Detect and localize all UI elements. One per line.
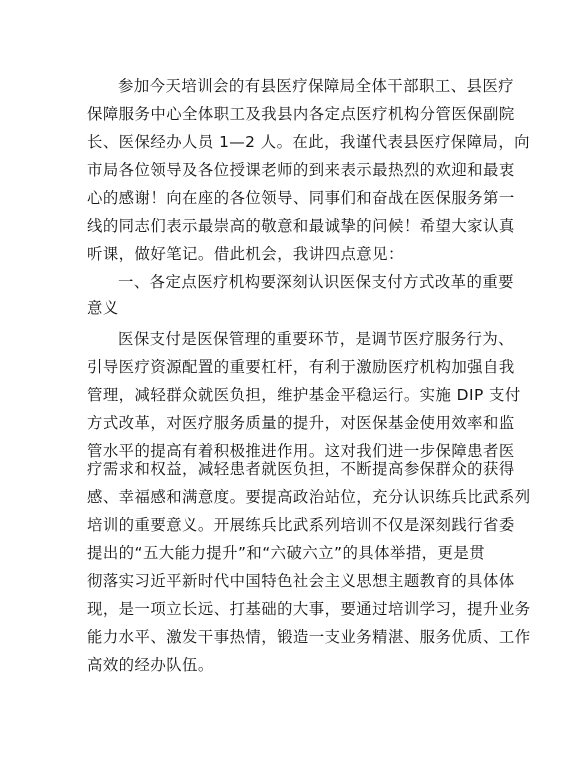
paragraph-2-line-7: 感、幸福感和满意度。要提高政治站位，充分认识练兵比武系列 [87, 483, 531, 511]
paragraph-1-line-7: 听课，做好笔记。借此机会，我讲四点意见： [87, 240, 404, 268]
paragraph-2-line-4: 方式改革，对医疗服务质量的提升，对医保基金使用效率和监 [87, 409, 515, 437]
paragraph-2-line-2: 引导医疗资源配置的重要杠杆，有利于激励医疗机构加强自我 [87, 353, 515, 381]
paragraph-2-line-10: 彻落实习近平新时代中国特色社会主义思想主题教育的具体体 [87, 567, 515, 595]
paragraph-2-line-6: 疗需求和权益，减轻患者就医负担，不断提高参保群众的获得 [87, 455, 515, 483]
paragraph-1-line-4: 市局各位领导及各位授课老师的到来表示最热烈的欢迎和最衷 [87, 156, 515, 184]
paragraph-2-line-3: 管理，减轻群众就医负担，维护基金平稳运行。实施 DIP 支付 [87, 381, 521, 409]
paragraph-1-line-2: 保障服务中心全体职工及我县内各定点医疗机构分管医保副院 [87, 100, 515, 128]
paragraph-1-line-6: 线的同志们表示最崇高的敬意和最诚挚的问候！希望大家认真 [87, 212, 515, 240]
paragraph-2-line-9: 提出的“五大能力提升”和“六破六立”的具体举措，更是贯 [87, 539, 485, 567]
paragraph-2-line-11: 现，是一项立长远、打基础的大事，要通过培训学习，提升业务 [87, 595, 531, 623]
paragraph-2-line-13: 高效的经办队伍。 [87, 651, 214, 679]
paragraph-1-line-3: 长、医保经办人员 1—2 人。在此，我谨代表县医疗保障局，向 [87, 128, 530, 156]
paragraph-2-line-1: 医保支付是医保管理的重要环节，是调节医疗服务行为、 [118, 325, 514, 353]
paragraph-2-line-8: 培训的重要意义。开展练兵比武系列培训不仅是深刻践行省委 [87, 511, 515, 539]
paragraph-1-line-1: 参加今天培训会的有县医疗保障局全体干部职工、县医疗 [118, 72, 514, 100]
section-heading-line-2: 意义 [87, 294, 119, 322]
paragraph-1-line-5: 心的感谢！向在座的各位领导、同事们和奋战在医保服务第一 [87, 184, 515, 212]
document-page: 参加今天培训会的有县医疗保障局全体干部职工、县医疗 保障服务中心全体职工及我县内… [0, 0, 586, 759]
paragraph-2-line-12: 能力水平、激发干事热情，锻造一支业务精湛、服务优质、工作 [87, 623, 531, 651]
section-heading-line-1: 一、各定点医疗机构要深刻认识医保支付方式改革的重要 [118, 268, 514, 296]
